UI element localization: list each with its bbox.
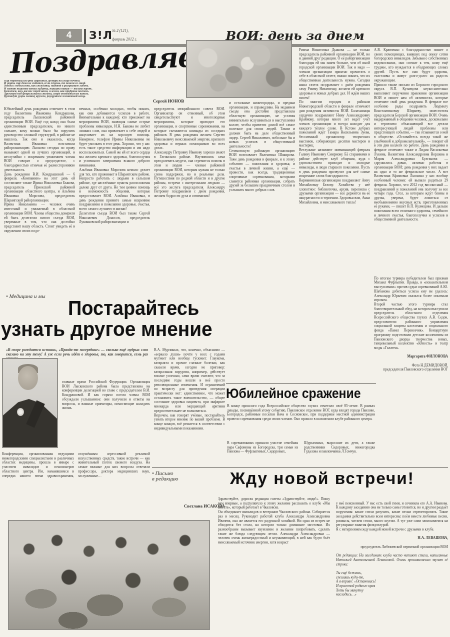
jubilee-headline: Юбилейное сражение [226,386,361,401]
medicine-column-below-photo: Конференция, организованная ведущими ниж… [2,452,150,516]
letter-signature: Н.А. ЛЕВАШОВА, [336,536,448,540]
jubilee-photo-credit: Фото Н.ДЕМИДОВОЙ, председателя Павловско… [374,363,448,372]
medicine-byline-block: Светлана ИСАКОВА Фото Владимира ДОЛГОВА [140,499,225,513]
page-number: 4 [56,29,82,42]
medicine-column-beside-photo: главные врачи Российской Федерации. Орга… [62,380,150,448]
letter-verse: Ты ещё бежишь, спешишь куда-то, А я впра… [336,571,448,597]
jubilee-intro: В конце прошлого года Всероссийское обще… [227,404,375,440]
portrait-photo [2,358,58,448]
jubilee-rule [226,383,376,384]
portrait-face [18,366,38,390]
medicine-headline-line1: Постарайтесь [68,298,199,321]
medicine-headline-line2: узнать другое мнение [1,319,212,342]
audience-photo [8,520,210,630]
issue-number: № 2 (121), [112,29,129,33]
jubilee-right-column: Шурыгиных, выросшие их дети, а также род… [304,441,375,468]
congrats-column-3: председатель межрайонного совета ВОИ. Ор… [154,107,225,289]
newspaper-logo: З!Л [89,29,112,42]
letter-editorial-note: От редакции: На заседаниях клуба часто ч… [336,554,448,567]
congrats-column-2: печных, особенно молодых, чтобы понять, … [79,107,150,289]
congrats-column-6: А.В. Кравченко с благодарностью пишет о … [374,48,448,266]
letter-signature-role: председатель Либежевской первичной орган… [336,545,448,549]
jubilee-left-column: В соревнованиях приняли участие семейная… [227,441,298,468]
flowers-photo [186,40,292,98]
letter-rule [152,467,448,468]
letter-headline: Жду новой встречи! [230,469,414,489]
congrats-column-4: и остальные нижегородцы, и предана орган… [229,101,295,379]
letter-column-2: у неё пенсионный. У нас есть свой гимн, … [336,497,448,635]
newspaper-page: { "page": { "number": "4", "logo": "З!Л"… [0,0,450,637]
congrats-column-1: Юбилейный день рождения отмечает в этом … [4,107,75,289]
jubilee-continuation-column: По итогам турнира победителем был призна… [374,272,448,462]
letter-column-1: Здравствуйте, дорогая редакция газеты «З… [218,497,330,635]
congrats-column-5: Римма Никитична Дьякова — не только пред… [299,48,370,379]
medicine-byline: Светлана ИСАКОВА [140,504,225,509]
poem: Пар морозный изо рта струится, фонари на… [4,80,184,98]
letter-text: у неё пенсионный. У нас есть свой гимн, … [336,501,448,531]
jubilee-continuation: По итогам турнира победителем был призна… [374,276,448,350]
letter-rubric: • Письмо в редакцию [152,471,228,493]
jubilee-byline: Маргарита ФИЛОНОВА [374,355,448,359]
issue-date: февраль 2012 г. [112,37,137,42]
poem-author: Сергей ИОНОВ [110,99,184,106]
